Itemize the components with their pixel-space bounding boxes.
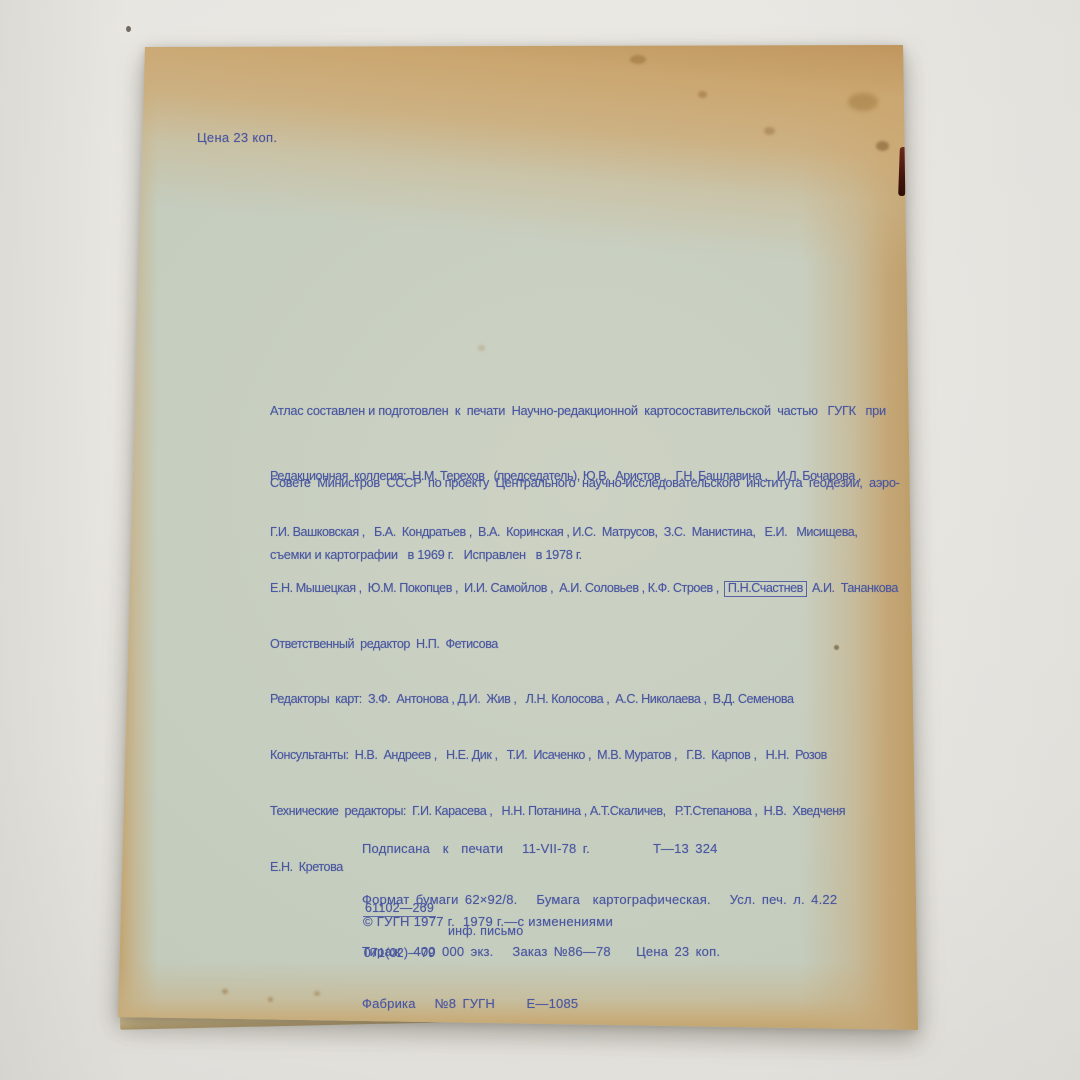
foxing-stain xyxy=(848,93,878,111)
photo-backdrop: Цена 23 коп. Атлас составлен и подготовл… xyxy=(0,0,1080,1080)
foxing-stain xyxy=(222,989,228,994)
consultants-line: Консультанты: Н.В. Андреев , Н.Е. Дик , … xyxy=(270,746,898,765)
imprint-line: Подписана к печати 11-VII-78 г. Т—13 324 xyxy=(362,840,837,857)
spine-binding-mark xyxy=(898,147,907,196)
book-page-surface: Цена 23 коп. Атлас составлен и подготовл… xyxy=(118,45,918,1035)
editorial-board-line-part: Е.Н. Мышецкая , Ю.М. Покопцев , И.И. Сам… xyxy=(270,581,722,595)
backdrop-speck xyxy=(126,26,131,32)
deceased-member-name-boxed: П.Н.Счастнев xyxy=(724,581,807,597)
responsible-editor-line: Ответственный редактор Н.П. Фетисова xyxy=(270,635,898,654)
foxing-stain xyxy=(314,991,320,996)
foxing-stain xyxy=(764,127,775,135)
map-editors-line: Редакторы карт: З.Ф. Антонова , Д.И. Жив… xyxy=(270,690,898,709)
foxing-stain xyxy=(876,141,889,151)
foxing-stain xyxy=(630,55,646,64)
editorial-board-line: Е.Н. Мышецкая , Ю.М. Покопцев , И.И. Сам… xyxy=(270,579,898,598)
catalog-index-denominator: 071(02)—79 xyxy=(363,945,436,960)
foxing-stain xyxy=(268,997,273,1002)
catalog-index-block: 61102—269 071(02)—79 инф. письмо xyxy=(363,873,523,988)
imprint-line: Фабрика №8 ГУГН Е—1085 xyxy=(362,995,837,1012)
catalog-index-fraction: 61102—269 071(02)—79 xyxy=(363,873,436,988)
copyright-line: © ГУГН 1977 г. 1979 г.—с изменениями xyxy=(363,914,613,929)
editorial-board-line-part: А.И. Тананкова xyxy=(809,581,898,595)
book-back-cover: Цена 23 коп. Атлас составлен и подготовл… xyxy=(118,45,918,1035)
foxing-stain xyxy=(698,91,707,98)
editorial-board-line: Г.И. Вашковская , Б.А. Кондратьев , В.А.… xyxy=(270,523,898,542)
price-note: Цена 23 коп. xyxy=(197,130,277,145)
paragraph-line: Атлас составлен и подготовлен к печати Н… xyxy=(270,399,900,423)
editorial-board-line: Редакционная коллегия: Н.М. Терехов (пре… xyxy=(270,467,898,486)
